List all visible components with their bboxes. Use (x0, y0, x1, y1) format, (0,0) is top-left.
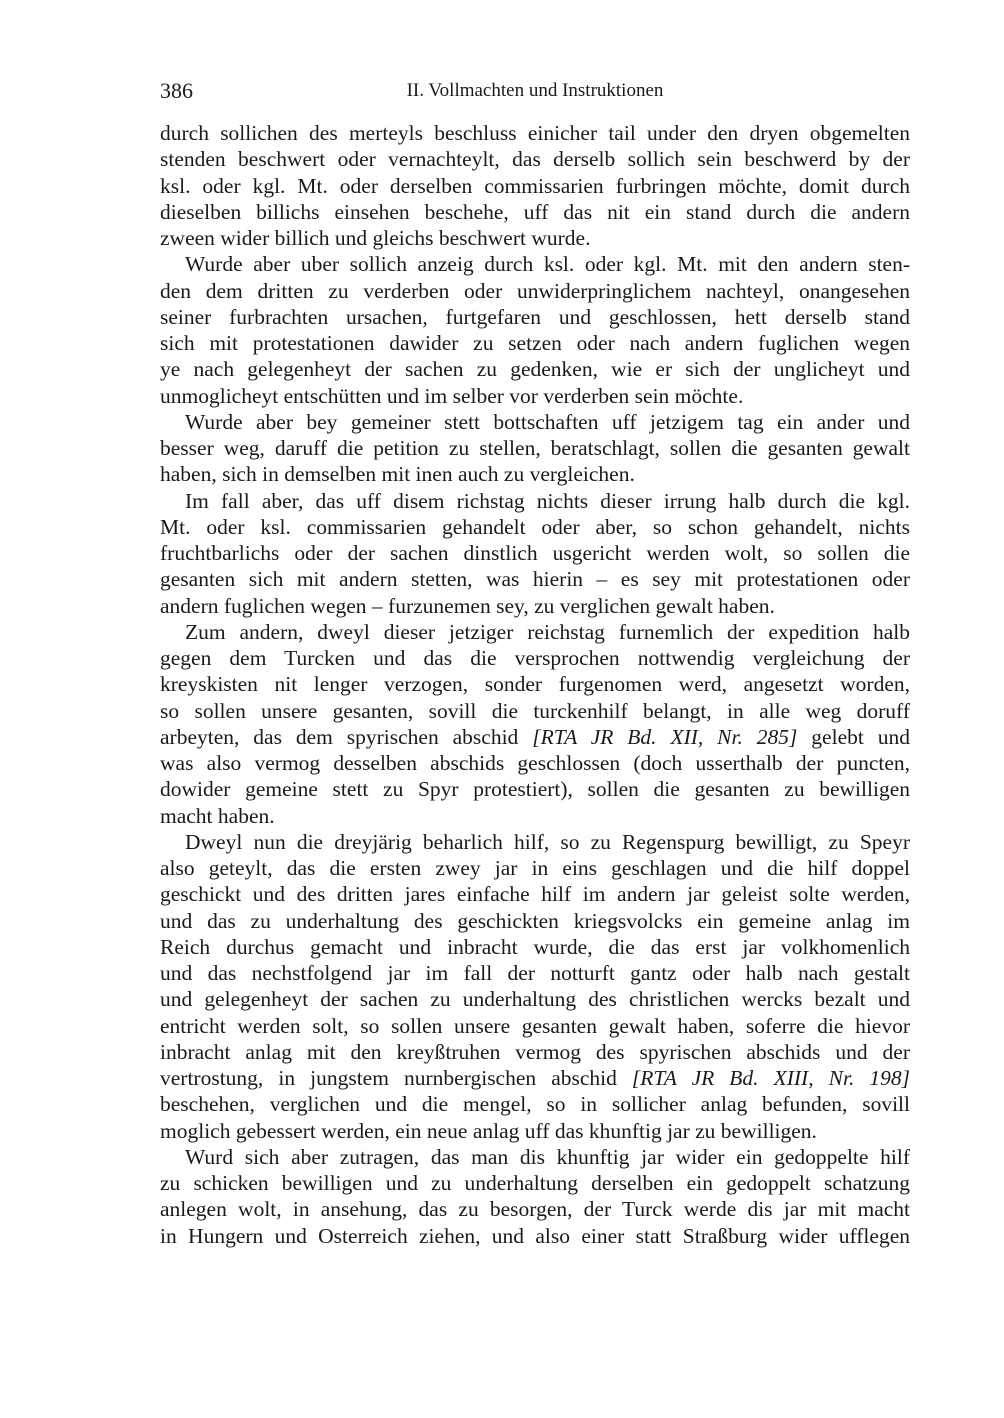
paragraph: Zum andern, dweyl dieser jetziger reichs… (160, 619, 910, 829)
book-page: 386 II. Vollmachten und Instruktionen du… (160, 78, 910, 108)
text-line: besser weg, daruff die petition zu stell… (160, 435, 910, 461)
text-line: Im fall aber, das uff disem richstag nic… (160, 488, 910, 514)
text-line: zu schicken bewilligen und zu underhaltu… (160, 1170, 910, 1196)
text-line: was also vermog desselben abschids gesch… (160, 750, 910, 776)
text-line: gesanten sich mit andern stetten, was hi… (160, 566, 910, 592)
text-line: Dweyl nun die dreyjärig beharlich hilf, … (160, 829, 910, 855)
text-line: Wurde aber uber sollich anzeig durch ksl… (160, 251, 910, 277)
text-line: ksl. oder kgl. Mt. oder derselben commis… (160, 173, 910, 199)
paragraph: Wurde aber bey gemeiner stett bottschaft… (160, 409, 910, 488)
text-line: Mt. oder ksl. commissarien gehandelt ode… (160, 514, 910, 540)
text-line: haben, sich in demselben mit inen auch z… (160, 461, 910, 487)
text-line: entricht werden solt, so sollen unsere g… (160, 1013, 910, 1039)
text-line: ye nach gelegenheyt der sachen zu gedenk… (160, 356, 910, 382)
text-line: so sollen unsere gesanten, sovill die tu… (160, 698, 910, 724)
paragraph: Im fall aber, das uff disem richstag nic… (160, 488, 910, 619)
text-line: den dem dritten zu verderben oder unwide… (160, 278, 910, 304)
text-line: seiner furbrachten ursachen, furtgefaren… (160, 304, 910, 330)
text-line: macht haben. (160, 803, 910, 829)
text-line: fruchtbarlichs oder der sachen dinstlich… (160, 540, 910, 566)
page-header: 386 II. Vollmachten und Instruktionen (160, 78, 910, 108)
text-line: Zum andern, dweyl dieser jetziger reichs… (160, 619, 910, 645)
text-line: anlegen wolt, in ansehung, das zu besorg… (160, 1196, 910, 1222)
text-line: also geteylt, das die ersten zwey jar in… (160, 855, 910, 881)
text-line: dieselben billichs einsehen beschehe, uf… (160, 199, 910, 225)
text-line: durch sollichen des merteyls beschluss e… (160, 120, 910, 146)
text-line: unmoglicheyt entschütten und im selber v… (160, 383, 910, 409)
paragraph: Wurd sich aber zutragen, das man dis khu… (160, 1144, 910, 1249)
text-line: moglich gebessert werden, ein neue anlag… (160, 1118, 910, 1144)
text-line: zween wider billich und gleichs beschwer… (160, 225, 910, 251)
text-line: dowider gemeine stett zu Spyr protestier… (160, 776, 910, 802)
text-line: in Hungern und Osterreich ziehen, und al… (160, 1223, 910, 1249)
text-line: vertrostung, in jungstem nurnbergischen … (160, 1065, 910, 1091)
citation-reference: [RTA JR Bd. XIII, Nr. 198] (632, 1066, 910, 1090)
text-line: gegen dem Turcken und das die versproche… (160, 645, 910, 671)
text-line: Reich durchus gemacht und inbracht wurde… (160, 934, 910, 960)
paragraph: durch sollichen des merteyls beschluss e… (160, 120, 910, 251)
text-line: kreyskisten nit lenger verzogen, sonder … (160, 671, 910, 697)
body-text: durch sollichen des merteyls beschluss e… (160, 120, 910, 1249)
running-title: II. Vollmachten und Instruktionen (160, 80, 910, 102)
text-line: Wurd sich aber zutragen, das man dis khu… (160, 1144, 910, 1170)
text-line: beschehen, verglichen und die mengel, so… (160, 1091, 910, 1117)
text-line: und gelegenheyt der sachen zu underhaltu… (160, 986, 910, 1012)
paragraph: Dweyl nun die dreyjärig beharlich hilf, … (160, 829, 910, 1144)
citation-reference: [RTA JR Bd. XII, Nr. 285] (532, 725, 797, 749)
text-line: und das zu underhaltung des geschickten … (160, 908, 910, 934)
text-line: sich mit protestationen dawider zu setze… (160, 330, 910, 356)
text-line: inbracht anlag mit den kreyßtruhen vermo… (160, 1039, 910, 1065)
paragraph: Wurde aber uber sollich anzeig durch ksl… (160, 251, 910, 409)
text-line: Wurde aber bey gemeiner stett bottschaft… (160, 409, 910, 435)
text-line: andern fuglichen wegen – furzunemen sey,… (160, 593, 910, 619)
text-line: und das nechstfolgend jar im fall der no… (160, 960, 910, 986)
text-line: geschickt und des dritten jares einfache… (160, 881, 910, 907)
text-line: stenden beschwert oder vernachteylt, das… (160, 146, 910, 172)
text-line: arbeyten, das dem spyrischen abschid [RT… (160, 724, 910, 750)
